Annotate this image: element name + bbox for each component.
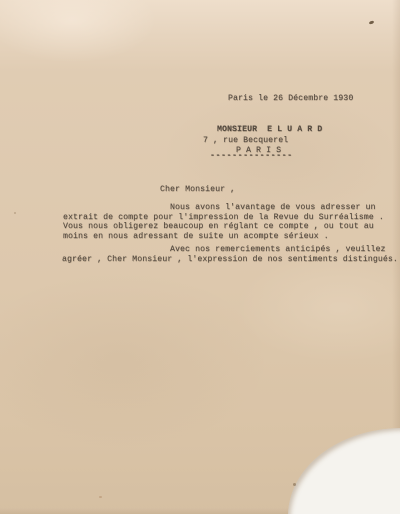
- body-paragraph2-line1: Avec nos remerciements anticipés , veuil…: [170, 245, 386, 254]
- date-line: Paris le 26 Décembre 1930: [228, 94, 353, 103]
- body-paragraph2-line2: agréer , Cher Monsieur , l'expression de…: [62, 255, 398, 264]
- paper-speck: [14, 212, 16, 214]
- body-paragraph1-line2: extrait de compte pour l'impression de l…: [63, 213, 384, 222]
- body-paragraph1-line1: Nous avons l'avantage de vous adresser u…: [170, 203, 376, 212]
- scanned-letter: Paris le 26 Décembre 1930 MONSIEUR E L U…: [0, 0, 400, 514]
- salutation: Cher Monsieur ,: [160, 185, 235, 194]
- body-paragraph1-line3: Vous nous obligerez beaucoup en réglant …: [63, 222, 374, 231]
- recipient-street: 7 , rue Becquerel: [203, 136, 288, 145]
- recipient-name: MONSIEUR E L U A R D: [217, 125, 322, 134]
- paper-speck: [293, 483, 296, 486]
- body-paragraph1-line4: moins en nous adressant de suite un acom…: [63, 232, 329, 241]
- recipient-underline: ---------------: [210, 151, 293, 160]
- paper-speck: [99, 496, 102, 498]
